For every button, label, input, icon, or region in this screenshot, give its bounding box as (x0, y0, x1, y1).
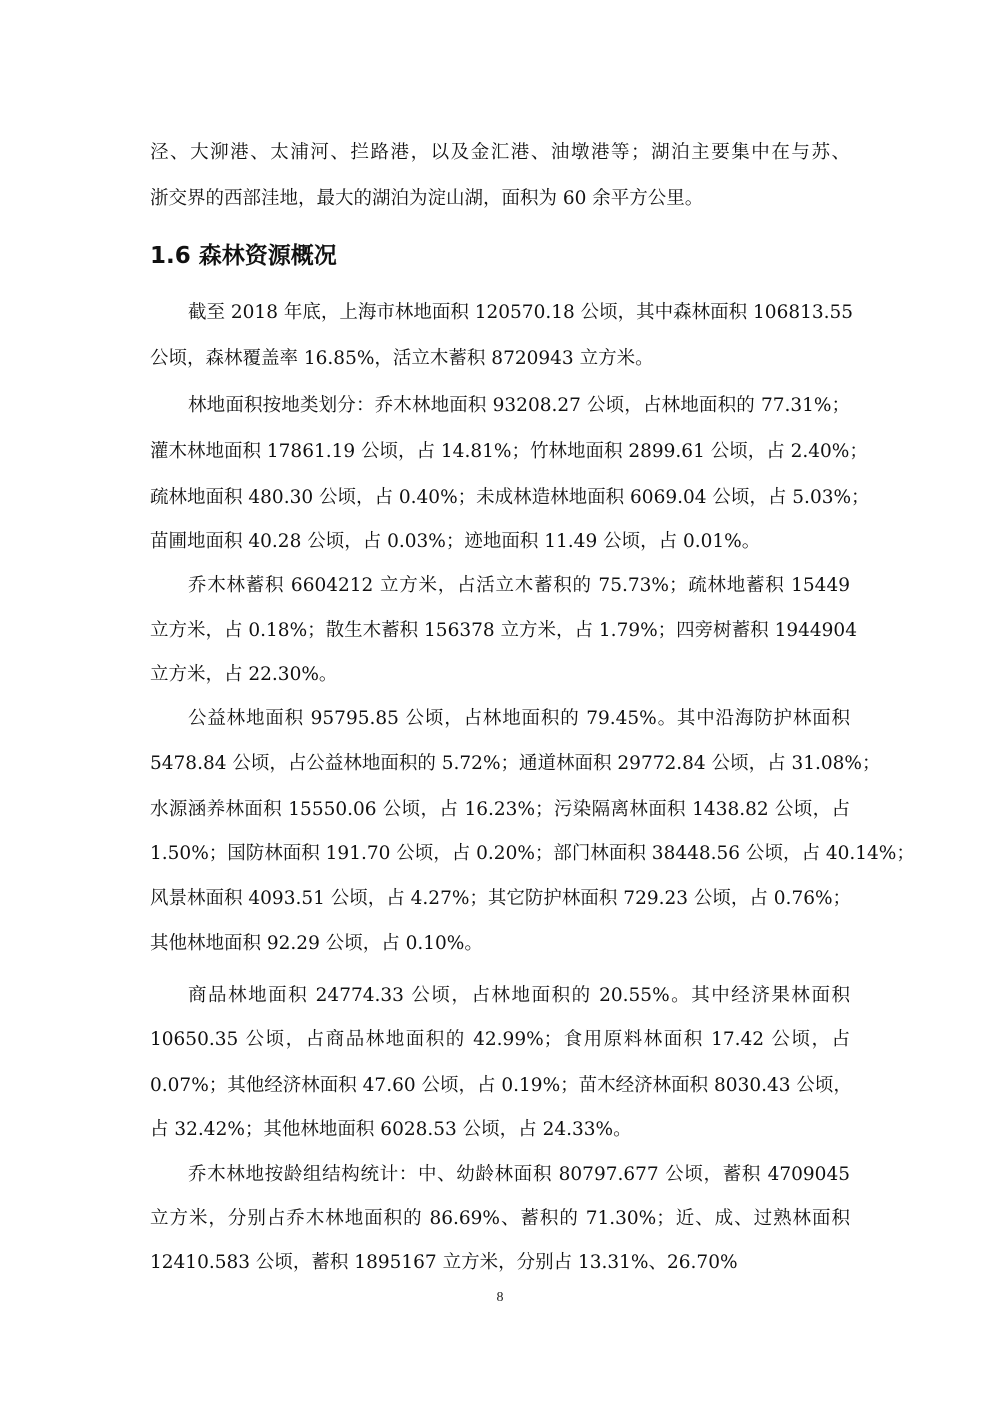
section-heading: 1.6 森林资源概况 (150, 240, 337, 272)
paragraph-4-line-5: 风景林面积 4093.51 公顷，占 4.27%；其它防护林面积 729.23 … (150, 884, 850, 914)
paragraph-4-line-4: 1.50%；国防林面积 191.70 公顷，占 0.20%；部门林面积 3844… (150, 839, 850, 869)
page-number: 8 (0, 1290, 1000, 1306)
paragraph-5-line-1: 商品林地面积 24774.33 公顷，占林地面积的 20.55%。其中经济果林面… (150, 981, 850, 1011)
paragraph-4-line-1: 公益林地面积 95795.85 公顷，占林地面积的 79.45%。其中沿海防护林… (150, 704, 850, 734)
paragraph-2-line-1: 林地面积按地类划分：乔木林地面积 93208.27 公顷，占林地面积的 77.3… (150, 391, 850, 421)
paragraph-1-line-1: 截至 2018 年底，上海市林地面积 120570.18 公顷，其中森林面积 1… (150, 298, 850, 328)
intro-line-2: 浙交界的西部洼地，最大的湖泊为淀山湖，面积为 60 余平方公里。 (150, 184, 850, 214)
paragraph-6-line-2: 立方米，分别占乔木林地面积的 86.69%、蓄积的 71.30%；近、成、过熟林… (150, 1204, 850, 1234)
intro-line-1: 泾、大泖港、太浦河、拦路港，以及金汇港、油墩港等；湖泊主要集中在与苏、 (150, 138, 850, 168)
paragraph-2-line-4: 苗圃地面积 40.28 公顷，占 0.03%；迹地面积 11.49 公顷，占 0… (150, 527, 850, 557)
paragraph-4-line-3: 水源涵养林面积 15550.06 公顷，占 16.23%；污染隔离林面积 143… (150, 795, 850, 825)
paragraph-3-line-2: 立方米，占 0.18%；散生木蓄积 156378 立方米，占 1.79%；四旁树… (150, 616, 850, 646)
paragraph-5-line-2: 10650.35 公顷，占商品林地面积的 42.99%；食用原料林面积 17.4… (150, 1025, 850, 1055)
paragraph-6-line-3: 12410.583 公顷，蓄积 1895167 立方米，分别占 13.31%、2… (150, 1248, 850, 1278)
paragraph-5-line-4: 占 32.42%；其他林地面积 6028.53 公顷，占 24.33%。 (150, 1115, 850, 1145)
paragraph-1-line-2: 公顷，森林覆盖率 16.85%，活立木蓄积 8720943 立方米。 (150, 344, 850, 374)
paragraph-5-line-3: 0.07%；其他经济林面积 47.60 公顷，占 0.19%；苗木经济林面积 8… (150, 1071, 850, 1101)
paragraph-4-line-6: 其他林地面积 92.29 公顷，占 0.10%。 (150, 929, 850, 959)
paragraph-2-line-2: 灌木林地面积 17861.19 公顷，占 14.81%；竹林地面积 2899.6… (150, 437, 850, 467)
paragraph-2-line-3: 疏林地面积 480.30 公顷，占 0.40%；未成林造林地面积 6069.04… (150, 483, 850, 513)
paragraph-3-line-1: 乔木林蓄积 6604212 立方米，占活立木蓄积的 75.73%；疏林地蓄积 1… (150, 571, 850, 601)
paragraph-4-line-2: 5478.84 公顷，占公益林地面积的 5.72%；通道林面积 29772.84… (150, 749, 850, 779)
paragraph-3-line-3: 立方米，占 22.30%。 (150, 660, 850, 690)
paragraph-6-line-1: 乔木林地按龄组结构统计：中、幼龄林面积 80797.677 公顷，蓄积 4709… (150, 1160, 850, 1190)
